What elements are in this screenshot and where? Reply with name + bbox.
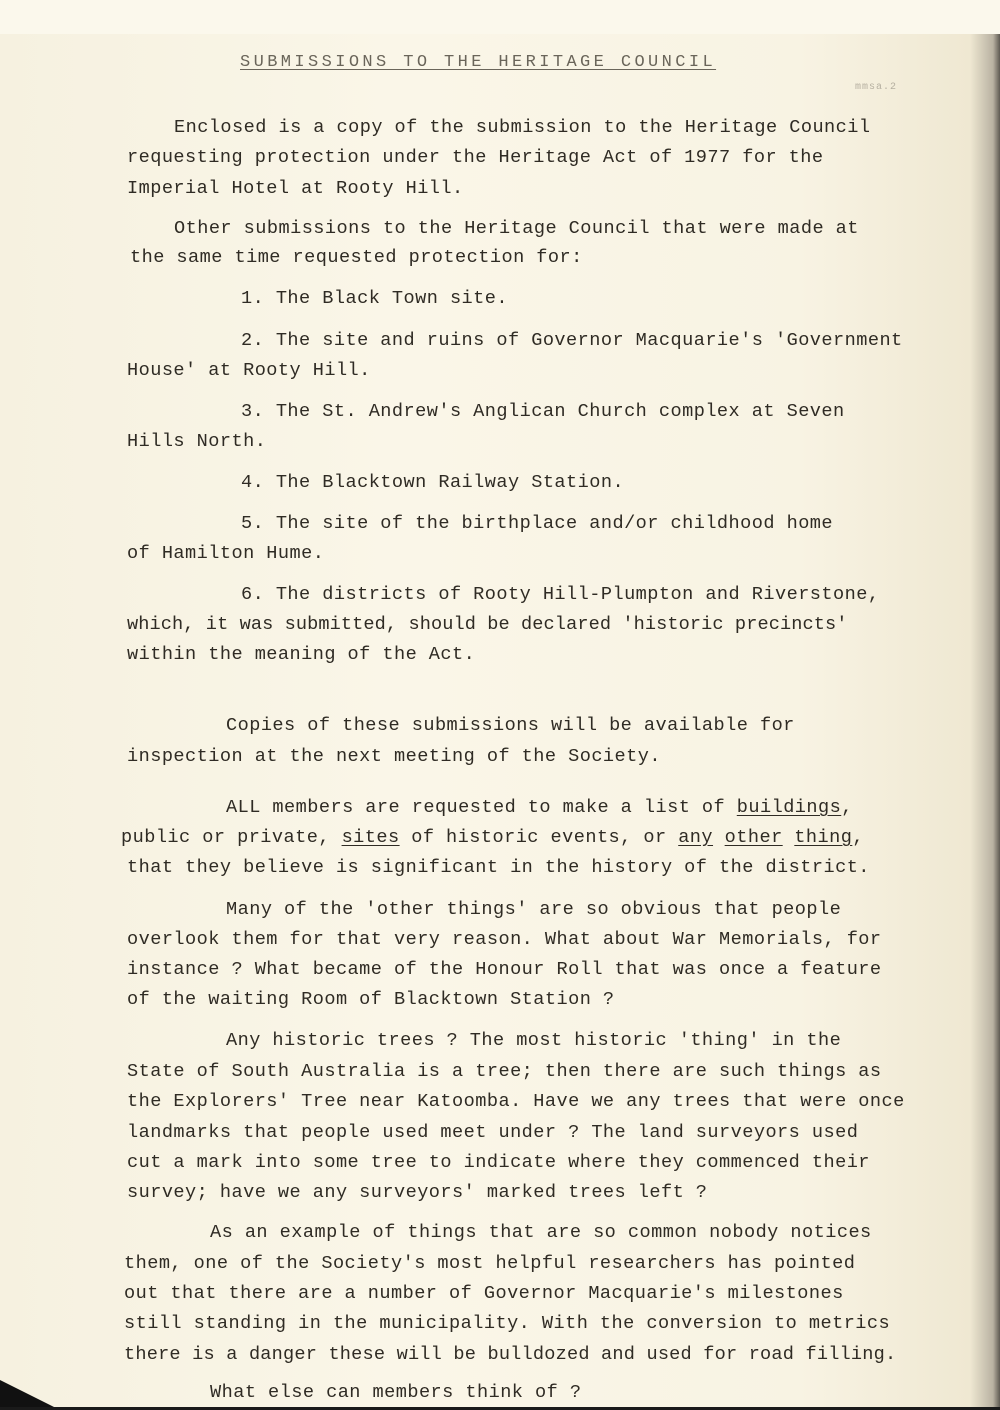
list-item-5: 5. The site of the birthplace and/or chi… xyxy=(241,513,833,534)
list-item-2-continuation: House' at Rooty Hill. xyxy=(127,360,371,381)
paragraph-4-line-2: public or private, sites of historic eve… xyxy=(121,827,864,848)
list-item-6-continuation-2: within the meaning of the Act. xyxy=(127,644,475,665)
text-span xyxy=(783,827,795,848)
paragraph-6-line-5: cut a mark into some tree to indicate wh… xyxy=(127,1152,870,1173)
text-span: , xyxy=(852,827,864,848)
list-item-4: 4. The Blacktown Railway Station. xyxy=(241,472,624,493)
list-item-6: 6. The districts of Rooty Hill-Plumpton … xyxy=(241,584,879,605)
paragraph-6-line-3: the Explorers' Tree near Katoomba. Have … xyxy=(127,1091,905,1112)
paragraph-7-line-3: out that there are a number of Governor … xyxy=(124,1283,844,1304)
list-item-text: The Black Town site. xyxy=(276,288,508,309)
paragraph-6-line-2: State of South Australia is a tree; then… xyxy=(127,1061,882,1082)
page-top-margin xyxy=(0,0,1000,34)
list-item-number: 1. xyxy=(241,288,264,309)
list-item-3-continuation: Hills North. xyxy=(127,431,266,452)
paragraph-7-line-4: still standing in the municipality. With… xyxy=(124,1313,890,1334)
list-item-text: The site and ruins of Governor Macquarie… xyxy=(276,330,903,351)
text-span: , xyxy=(841,797,853,818)
paragraph-7-line-5: there is a danger these will be bulldoze… xyxy=(124,1344,896,1365)
list-item-text: The site of the birthplace and/or childh… xyxy=(276,513,833,534)
list-item-number: 6. xyxy=(241,584,264,605)
paragraph-2-line-2: the same time requested protection for: xyxy=(130,247,583,268)
list-item-6-continuation-1: which, it was submitted, should be decla… xyxy=(127,614,848,635)
paragraph-5-line-4: of the waiting Room of Blacktown Station… xyxy=(127,989,615,1010)
list-item-number: 2. xyxy=(241,330,264,351)
text-span: ALL members are requested to make a list… xyxy=(226,797,737,818)
list-item-number: 3. xyxy=(241,401,264,422)
text-span xyxy=(713,827,725,848)
paragraph-6-line-6: survey; have we any surveyors' marked tr… xyxy=(127,1182,707,1203)
list-item-3: 3. The St. Andrew's Anglican Church comp… xyxy=(241,401,845,422)
faint-reference-mark: mmsa.2 xyxy=(855,82,897,93)
underlined-word-any: any xyxy=(678,827,713,848)
paragraph-3-line-2: inspection at the next meeting of the So… xyxy=(127,746,661,767)
underlined-word-sites: sites xyxy=(342,827,400,848)
paragraph-6-line-1: Any historic trees ? The most historic '… xyxy=(226,1030,841,1051)
list-item-5-continuation: of Hamilton Hume. xyxy=(127,543,324,564)
list-item-number: 4. xyxy=(241,472,264,493)
underlined-word-buildings: buildings xyxy=(737,797,841,818)
paragraph-1-line-3: Imperial Hotel at Rooty Hill. xyxy=(127,178,464,199)
list-item-text: The St. Andrew's Anglican Church complex… xyxy=(276,401,845,422)
paragraph-4-line-3: that they believe is significant in the … xyxy=(127,857,870,878)
list-item-text: The districts of Rooty Hill-Plumpton and… xyxy=(276,584,880,605)
text-span: of historic events, or xyxy=(400,827,679,848)
paragraph-7-line-1: As an example of things that are so comm… xyxy=(210,1222,872,1243)
paragraph-2-line-1: Other submissions to the Heritage Counci… xyxy=(174,218,859,239)
list-item-1: 1. The Black Town site. xyxy=(241,288,508,309)
document-title: SUBMISSIONS TO THE HERITAGE COUNCIL xyxy=(240,53,730,72)
paragraph-7-line-2: them, one of the Society's most helpful … xyxy=(124,1253,855,1274)
paragraph-6-line-4: landmarks that people used meet under ? … xyxy=(127,1122,858,1143)
paragraph-5-line-3: instance ? What became of the Honour Rol… xyxy=(127,959,882,980)
paragraph-5-line-2: overlook them for that very reason. What… xyxy=(127,929,882,950)
paragraph-1-line-1: Enclosed is a copy of the submission to … xyxy=(174,117,870,138)
paragraph-1-line-2: requesting protection under the Heritage… xyxy=(127,147,823,168)
underlined-word-other: other xyxy=(725,827,783,848)
list-item-text: The Blacktown Railway Station. xyxy=(276,472,624,493)
paragraph-3-line-1: Copies of these submissions will be avai… xyxy=(226,715,795,736)
paragraph-4-line-1: ALL members are requested to make a list… xyxy=(226,797,853,818)
list-item-number: 5. xyxy=(241,513,264,534)
underlined-word-thing: thing xyxy=(794,827,852,848)
paragraph-5-line-1: Many of the 'other things' are so obviou… xyxy=(226,899,841,920)
list-item-2: 2. The site and ruins of Governor Macqua… xyxy=(241,330,903,351)
closing-question: What else can members think of ? xyxy=(210,1382,581,1403)
text-span: public or private, xyxy=(121,827,342,848)
